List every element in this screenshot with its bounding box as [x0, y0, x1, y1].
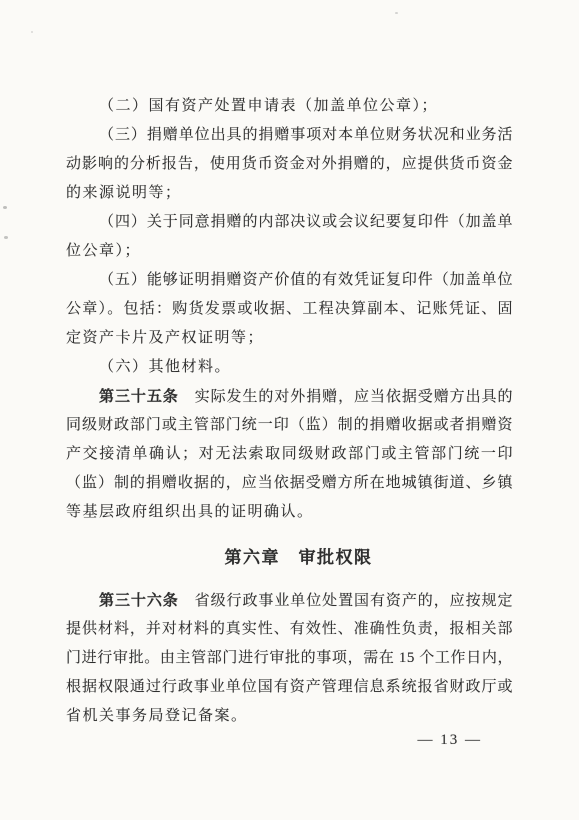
text-line: （六）其他材料。 [66, 353, 513, 382]
text-line: （四）关于同意捐赠的内部决议或会议纪要复印件（加盖单 [66, 208, 513, 237]
text-run: 定资产卡片及产权证明等； [66, 330, 264, 346]
text-line: 等基层政府组织出具的证明确认。 [66, 498, 513, 527]
paragraph: （五）能够证明捐赠资产价值的有效凭证复印件（加盖单位公章）。包括：购货发票或收据… [66, 266, 513, 353]
scan-speck [3, 206, 7, 209]
chapter-heading: 第六章 审批权限 [75, 543, 522, 572]
text-line: 产交接清单确认；对无法索取同级财政部门或主管部门统一印 [66, 440, 513, 469]
scan-speck [31, 31, 33, 33]
text-line: 提供材料，并对材料的真实性、有效性、准确性负责，报相关部 [66, 615, 513, 644]
text-run: 提供材料，并对材料的真实性、有效性、准确性负责，报相关部 [66, 621, 513, 637]
text-run: （三）捐赠单位出具的捐赠事项对本单位财务状况和业务活 [99, 127, 513, 143]
text-run: 省机关事务局登记备案。 [66, 708, 248, 724]
text-line: 位公章）； [66, 237, 513, 266]
text-run: （四）关于同意捐赠的内部决议或会议纪要复印件（加盖单 [99, 214, 513, 230]
text-run: （六）其他材料。 [99, 359, 231, 375]
paragraph: 第三十六条 省级行政事业单位处置国有资产的，应按规定提供材料，并对材料的真实性、… [66, 586, 513, 731]
text-run: 实际发生的对外捐赠，应当依据受赠方出具的 [179, 389, 513, 405]
text-line: 定资产卡片及产权证明等； [66, 324, 513, 353]
article-number: 第三十五条 [99, 388, 179, 405]
paragraph: 第三十五条 实际发生的对外捐赠，应当依据受赠方出具的同级财政部门或主管部门统一印… [66, 382, 513, 527]
text-run: 公章）。包括：购货发票或收据、工程决算副本、记账凭证、固 [66, 301, 513, 317]
text-line: （监）制的捐赠收据的，应当依据受赠方所在地城镇街道、乡镇 [66, 469, 513, 498]
text-line: 第三十五条 实际发生的对外捐赠，应当依据受赠方出具的 [66, 382, 513, 411]
text-run: 动影响的分析报告，使用货币资金对外捐赠的，应提供货币资金 [66, 156, 513, 172]
text-run: （二）国有资产处置申请表（加盖单位公章）； [99, 98, 438, 114]
text-line: 根据权限通过行政事业单位国有资产管理信息系统报省财政厅或 [66, 673, 513, 702]
text-line: 同级财政部门或主管部门统一印（监）制的捐赠收据或者捐赠资 [66, 411, 513, 440]
scan-speck [395, 12, 398, 14]
text-line: 门进行审批。由主管部门进行审批的事项，需在 15 个工作日内， [66, 644, 513, 673]
text-line: 动影响的分析报告，使用货币资金对外捐赠的，应提供货币资金 [66, 150, 513, 179]
text-run: 根据权限通过行政事业单位国有资产管理信息系统报省财政厅或 [66, 679, 513, 695]
text-run: 的来源说明等； [66, 185, 182, 201]
text-run: （监）制的捐赠收据的，应当依据受赠方所在地城镇街道、乡镇 [66, 475, 513, 491]
paragraph: （四）关于同意捐赠的内部决议或会议纪要复印件（加盖单位公章）； [66, 208, 513, 266]
text-line: （五）能够证明捐赠资产价值的有效凭证复印件（加盖单位 [66, 266, 513, 295]
text-run: 位公章）； [66, 243, 141, 259]
text-run: 等基层政府组织出具的证明确认。 [66, 504, 314, 520]
text-run: （五）能够证明捐赠资产价值的有效凭证复印件（加盖单位 [99, 272, 513, 288]
text-line: （二）国有资产处置申请表（加盖单位公章）； [66, 92, 513, 121]
scan-speck [4, 236, 8, 239]
text-line: 的来源说明等； [66, 179, 513, 208]
paragraph: （六）其他材料。 [66, 353, 513, 382]
paragraph: （二）国有资产处置申请表（加盖单位公章）； [66, 92, 513, 121]
scanned-page: { "page": { "background_color": "#fbfaf7… [0, 0, 579, 820]
text-line: 第三十六条 省级行政事业单位处置国有资产的，应按规定 [66, 586, 513, 615]
paragraph: （三）捐赠单位出具的捐赠事项对本单位财务状况和业务活动影响的分析报告，使用货币资… [66, 121, 513, 208]
text-run: 产交接清单确认；对无法索取同级财政部门或主管部门统一印 [66, 446, 513, 462]
text-run: 省级行政事业单位处置国有资产的，应按规定 [179, 593, 513, 609]
text-line: 公章）。包括：购货发票或收据、工程决算副本、记账凭证、固 [66, 295, 513, 324]
article-number: 第三十六条 [99, 592, 179, 609]
document-body: （二）国有资产处置申请表（加盖单位公章）；（三）捐赠单位出具的捐赠事项对本单位财… [66, 92, 513, 731]
text-run: 同级财政部门或主管部门统一印（监）制的捐赠收据或者捐赠资 [66, 417, 513, 433]
text-run: 门进行审批。由主管部门进行审批的事项，需在 15 个工作日内， [66, 650, 513, 666]
page-number: — 13 — [418, 731, 483, 749]
text-line: 省机关事务局登记备案。 [66, 702, 513, 731]
text-line: （三）捐赠单位出具的捐赠事项对本单位财务状况和业务活 [66, 121, 513, 150]
